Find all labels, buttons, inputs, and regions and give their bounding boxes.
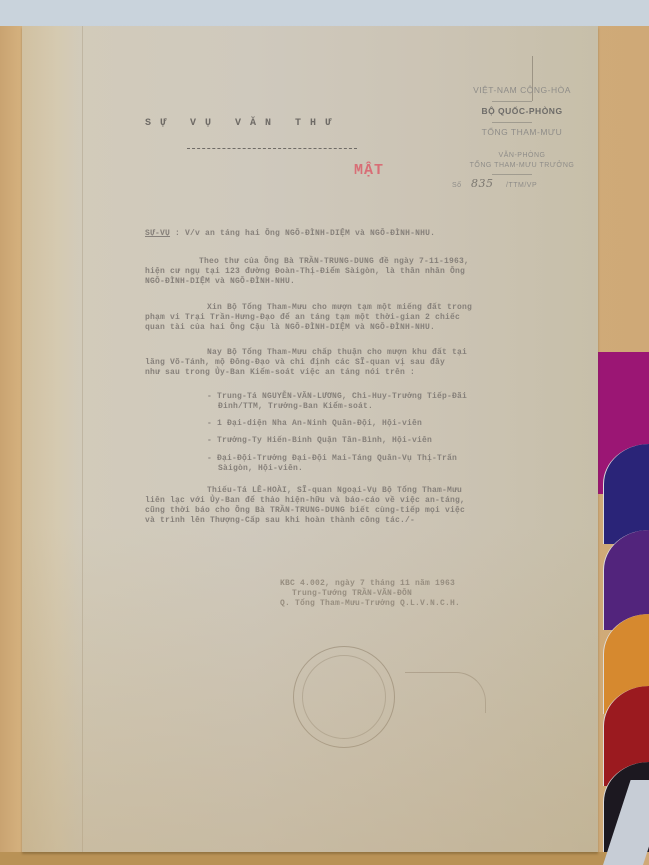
document-number-suffix: /TTM/VP	[506, 182, 566, 189]
committee-item-4-line-2: Sàigòn, Hội-viên.	[218, 464, 303, 474]
committee-item-1-line-1: - Trung-Tá NGUYỄN-VĂN-LƯƠNG, Chỉ-Huy-Trư…	[207, 392, 467, 402]
document-number-handwritten: 835	[471, 177, 501, 190]
office-title: SỰ VỤ VĂN THƯ	[145, 118, 340, 129]
paragraph-1-line-2: hiện cư ngụ tại 123 đường Đoàn-Thị-Điểm …	[145, 267, 465, 277]
letterhead-rule	[492, 174, 532, 175]
color-index-tabs	[593, 352, 649, 852]
paragraph-1-line-3: NGÔ-ĐÌNH-DIỆM và NGÔ-ĐÌNH-NHU.	[145, 277, 295, 287]
signature-name: Trung-Tướng TRẦN-VĂN-ĐÔN	[292, 589, 412, 599]
subject-line: SỰ-VỤ : V/v an táng hai Ông NGÔ-ĐÌNH-DIỆ…	[145, 229, 435, 238]
paragraph-2-line-2: phạm vi Trại Trần-Hưng-Đạo để an táng tạ…	[145, 313, 460, 323]
official-seal-stamp	[293, 646, 395, 748]
paragraph-3-line-3: như sau trong Ủy-Ban Kiểm-soát việc an t…	[145, 368, 415, 378]
committee-item-3: - Trưởng-Ty Hiến-Binh Quận Tân-Bình, Hội…	[207, 436, 432, 446]
letterhead-rule	[492, 101, 532, 102]
paragraph-4-line-2: liên lạc với Ủy-Ban để thảo hiện-hữu và …	[145, 496, 465, 506]
folder-edge	[0, 852, 610, 865]
committee-item-2: - 1 Đại-diện Nha An-Ninh Quân-Đội, Hội-v…	[207, 419, 422, 429]
paragraph-2-line-1: Xin Bộ Tổng Tham-Mưu cho mượn tạm một mi…	[207, 303, 472, 313]
classification-stamp: MẬT	[354, 162, 384, 179]
letterhead-country: VIỆT-NAM CỘNG-HÒA	[422, 85, 622, 95]
paper-crease	[82, 26, 83, 852]
letterhead-ministry: BỘ QUỐC-PHÒNG	[422, 106, 622, 116]
signature-date: KBC 4.002, ngày 7 tháng 11 năm 1963	[280, 579, 455, 589]
office-title-underline	[187, 148, 357, 149]
document-page: VIỆT-NAM CỘNG-HÒA BỘ QUỐC-PHÒNG TỔNG THA…	[22, 26, 598, 852]
paragraph-4-line-3: cũng thời báo cho Ông Bà TRẦN-TRUNG-DUNG…	[145, 506, 465, 516]
letterhead-office: VĂN-PHÒNG	[422, 152, 622, 159]
paragraph-2-line-3: quan tài của hai Ông Cậu là NGÔ-ĐÌNH-DIỆ…	[145, 323, 435, 333]
subject-text: : V/v an táng hai Ông NGÔ-ĐÌNH-DIỆM và N…	[175, 229, 435, 238]
paragraph-1-line-1: Theo thư của Ông Bà TRẦN-TRUNG-DUNG đề n…	[199, 257, 469, 267]
committee-item-1-line-2: Đinh/TTM, Trưởng-Ban Kiểm-soát.	[218, 402, 373, 412]
letterhead-rule	[492, 122, 532, 123]
paragraph-3-line-1: Nay Bộ Tổng Tham-Mưu chấp thuận cho mượn…	[207, 348, 467, 358]
letterhead-general-staff: TỔNG THAM-MƯU	[422, 127, 622, 137]
paragraph-4-line-4: và trình lên Thượng-Cấp sau khi hoàn thà…	[145, 516, 415, 526]
letterhead-chief: TỔNG THAM-MƯU TRƯỞNG	[422, 162, 622, 169]
signature-title: Q. Tổng Tham-Mưu-Trưởng Q.L.V.N.C.H.	[280, 599, 460, 609]
paragraph-3-line-2: lăng Võ-Tánh, mộ Đông-Đạo và chỉ định cá…	[145, 358, 445, 368]
document-number-prefix: Số	[452, 182, 472, 189]
subject-label: SỰ-VỤ	[145, 229, 170, 238]
committee-item-4-line-1: - Đại-Đội-Trưởng Đại-Đội Mai-Táng Quân-V…	[207, 454, 457, 464]
paragraph-4-line-1: Thiếu-Tá LÊ-HOÀI, SĨ-quan Ngoại-Vụ Bộ Tổ…	[207, 486, 462, 496]
signature-scribble	[405, 672, 486, 713]
